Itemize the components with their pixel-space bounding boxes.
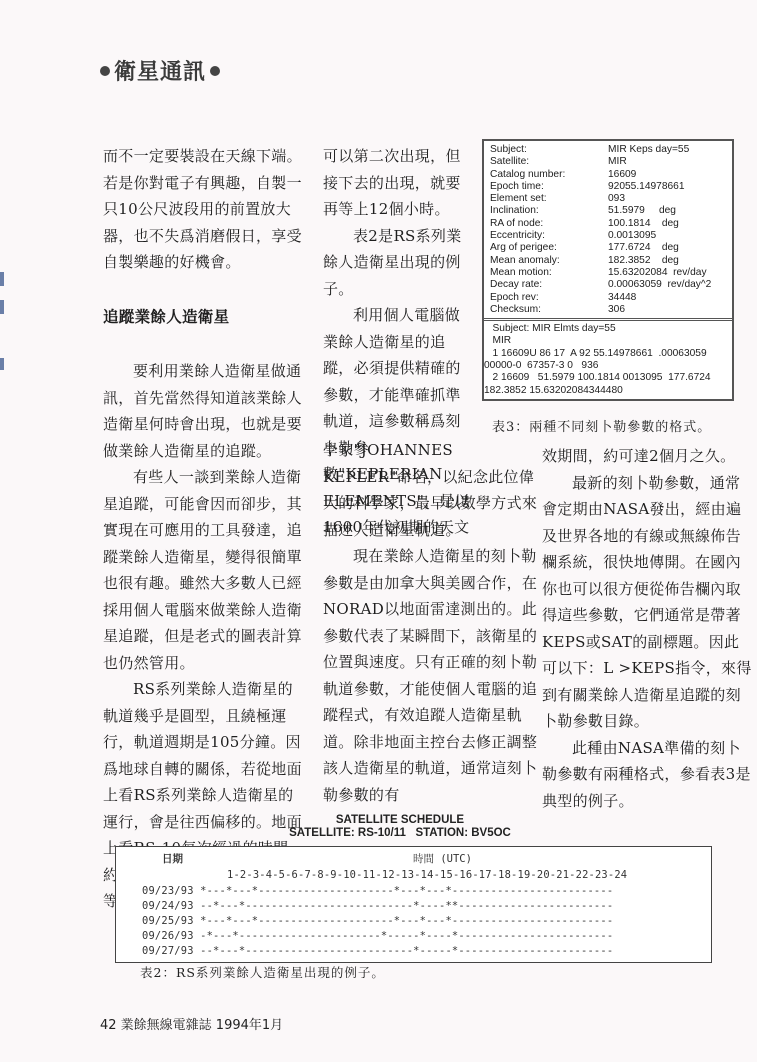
keps-value: 100.1814 deg xyxy=(608,218,679,230)
keps-row: Checksum:306 xyxy=(490,304,732,316)
keps-row: Catalog number:16609 xyxy=(490,169,732,181)
schedule-row: 09/25/93 *---*---*---------------------*… xyxy=(142,915,613,927)
keps-value: MIR Keps day=55 xyxy=(608,144,689,156)
keps-row: Decay rate:0.00063059 rev/day^2 xyxy=(490,279,732,291)
keps-value: 177.6724 deg xyxy=(608,242,679,254)
hour-ticks: 1-2-3-4-5-6-7-8-9-10-11-12-13-14-15-16-1… xyxy=(227,869,627,881)
tle-line: 182.3852 15.63202084344480 xyxy=(484,385,732,397)
keps-label: Arg of perigee: xyxy=(490,242,608,254)
keps-value: 92055.14978661 xyxy=(608,181,685,193)
keps-value: 16609 xyxy=(608,169,636,181)
date-column-header: 日期 xyxy=(162,851,183,866)
row-pattern: *---*---*---------------------*---*---*-… xyxy=(200,885,613,897)
scan-edge-mark xyxy=(0,300,4,314)
row-date: 09/23/93 xyxy=(142,885,194,897)
schedule-table: 日期 時間 (UTC) 1-2-3-4-5-6-7-8-9-10-11-12-1… xyxy=(115,846,712,963)
keps-label: Epoch time: xyxy=(490,181,608,193)
tle-line: Subject: MIR Elmts day=55 xyxy=(484,323,732,335)
row-date: 09/27/93 xyxy=(142,945,194,957)
paragraph: 要利用業餘人造衛星做通訊，首先當然得知道該業餘人造衛星何時會出現，也就是要做業餘… xyxy=(103,358,303,464)
paragraph: 有些人一談到業餘人造衛星追蹤，可能會因而卻步，其實現在可應用的工具發達，追蹤業餘… xyxy=(103,464,303,676)
keps-table: Subject:MIR Keps day=55 Satellite:MIR Ca… xyxy=(482,139,734,401)
row-pattern: --*---*--------------------------*-----*… xyxy=(200,945,613,957)
paragraph: 表2是RS系列業餘人造衛星出現的例子。 xyxy=(323,223,475,303)
keps-row: RA of node:100.1814 deg xyxy=(490,218,732,230)
bullet-icon xyxy=(210,66,220,76)
keps-row: Eccentricity:0.0013095 xyxy=(490,230,732,242)
schedule-title-block: SATELLITE SCHEDULE SATELLITE: RS-10/11 S… xyxy=(270,814,530,840)
keps-row: Inclination:51.5979 deg xyxy=(490,205,732,217)
keps-label: Satellite: xyxy=(490,156,608,168)
section-title: 衛星通訊 xyxy=(114,55,206,86)
tle-line: 2 16609 51.5979 100.1814 0013095 177.672… xyxy=(484,372,732,384)
keps-two-line-format: Subject: MIR Elmts day=55 MIR 1 16609U 8… xyxy=(484,321,732,399)
keps-value: 51.5979 deg xyxy=(608,205,676,217)
keps-row: Element set:093 xyxy=(490,193,732,205)
paragraph: 此種由NASA準備的刻卜勒參數有兩種格式，參看表3是典型的例子。 xyxy=(542,735,752,815)
keps-row: Mean motion:15.63202084 rev/day xyxy=(490,267,732,279)
keps-label: Subject: xyxy=(490,144,608,156)
keps-label: Decay rate: xyxy=(490,279,608,291)
paragraph: 現在業餘人造衛星的刻卜勒參數是由加拿大與美國合作，在NORAD以地面雷達測出的。… xyxy=(323,543,538,808)
keps-row: Epoch time:92055.14978661 xyxy=(490,181,732,193)
tle-line: 1 16609U 86 17 A 92 55.14978661 .0006305… xyxy=(484,348,732,360)
table3-caption: 表3：兩種不同刻卜勒參數的格式。 xyxy=(492,416,711,435)
keps-row: Satellite:MIR xyxy=(490,156,732,168)
paragraph: 而不一定要裝設在天線下端。若是你對電子有興趣，自製一只10公尺波段用的前置放大器… xyxy=(103,143,303,276)
keps-row: Subject:MIR Keps day=55 xyxy=(490,144,732,156)
keps-label: Mean anomaly: xyxy=(490,255,608,267)
keps-value: 34448 xyxy=(608,292,636,304)
row-date: 09/25/93 xyxy=(142,915,194,927)
keps-label: Epoch rev: xyxy=(490,292,608,304)
table2-caption: 表2：RS系列業餘人造衛星出現的例子。 xyxy=(140,963,385,981)
subsection-heading: 追蹤業餘人造衛星 xyxy=(103,304,303,331)
keps-value: MIR xyxy=(608,156,627,168)
keps-label: RA of node: xyxy=(490,218,608,230)
column-1: 而不一定要裝設在天線下端。若是你對電子有興趣，自製一只10公尺波段用的前置放大器… xyxy=(103,143,303,915)
section-header: 衛星通訊 xyxy=(100,55,220,86)
row-date: 09/26/93 xyxy=(142,930,194,942)
row-date: 09/24/93 xyxy=(142,900,194,912)
bullet-icon xyxy=(100,66,110,76)
keps-value: 306 xyxy=(608,304,625,316)
keps-label: Eccentricity: xyxy=(490,230,608,242)
schedule-row: 09/24/93 --*---*------------------------… xyxy=(142,900,613,912)
keps-value: 093 xyxy=(608,193,625,205)
paragraph: 效期間，約可達2個月之久。 xyxy=(542,443,752,470)
keps-label: Mean motion: xyxy=(490,267,608,279)
keps-label: Element set: xyxy=(490,193,608,205)
paragraph: 學家"JOHANNES KEPLER"命名，以紀念此位偉大的科學家，最早以數學方… xyxy=(323,437,538,543)
keps-value: 0.0013095 xyxy=(608,230,656,242)
keps-value: 182.3852 deg xyxy=(608,255,679,267)
column-3: 效期間，約可達2個月之久。 最新的刻卜勒參數，通常會定期由NASA發出，經由遍及… xyxy=(542,443,752,814)
paragraph: 可以第二次出現，但接下去的出現，就要再等上12個小時。 xyxy=(323,143,475,223)
paragraph: 最新的刻卜勒參數，通常會定期由NASA發出，經由遍及世界各地的有線或無線佈告欄系… xyxy=(542,470,752,735)
row-pattern: *---*---*---------------------*---*---*-… xyxy=(200,915,613,927)
schedule-title: SATELLITE SCHEDULE xyxy=(270,814,530,827)
keps-label: Catalog number: xyxy=(490,169,608,181)
keps-detailed-format: Subject:MIR Keps day=55 Satellite:MIR Ca… xyxy=(484,141,732,321)
keps-row: Epoch rev:34448 xyxy=(490,292,732,304)
schedule-row: 09/23/93 *---*---*---------------------*… xyxy=(142,885,613,897)
column-2-wide: 學家"JOHANNES KEPLER"命名，以紀念此位偉大的科學家，最早以數學方… xyxy=(323,437,538,808)
row-pattern: --*---*--------------------------*----**… xyxy=(200,900,613,912)
schedule-row: 09/27/93 --*---*------------------------… xyxy=(142,945,613,957)
keps-value: 15.63202084 rev/day xyxy=(608,267,707,279)
keps-row: Mean anomaly:182.3852 deg xyxy=(490,255,732,267)
scan-edge-mark xyxy=(0,358,4,370)
scan-edge-mark xyxy=(0,272,4,286)
page-footer: 42 業餘無線電雜誌 1994年1月 xyxy=(100,1014,283,1033)
schedule-row: 09/26/93 -*---*----------------------*--… xyxy=(142,930,613,942)
keps-value: 0.00063059 rev/day^2 xyxy=(608,279,711,291)
tle-line: 00000-0 67357-3 0 936 xyxy=(484,360,732,372)
time-column-header: 時間 (UTC) xyxy=(413,851,472,866)
schedule-subtitle: SATELLITE: RS-10/11 STATION: BV5OC xyxy=(270,827,530,840)
keps-label: Checksum: xyxy=(490,304,608,316)
row-pattern: -*---*----------------------*-----*----*… xyxy=(200,930,613,942)
tle-line: MIR xyxy=(484,335,732,347)
keps-row: Arg of perigee:177.6724 deg xyxy=(490,242,732,254)
keps-label: Inclination: xyxy=(490,205,608,217)
